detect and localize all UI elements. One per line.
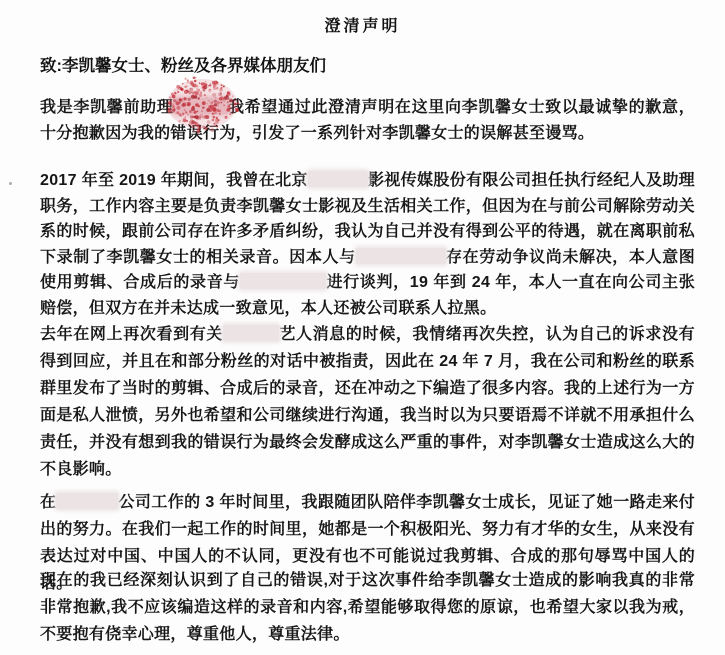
text-segment: 现在的我已经深刻认识到了自己的错误,对于这次事件给李凯馨女士造成的影响我真的非常…	[40, 572, 695, 643]
document-page: 澄清声明 致:李凯馨女士、粉丝及各界媒体朋友们 我是李凯馨前助理我希望通过此澄清…	[0, 0, 725, 655]
text-segment: 去年在网上再次看到有关	[40, 326, 223, 343]
text-segment: 艺人消息的时候，我情绪再次失控，认为自己的诉求没有得到回应，并且在和部分粉丝的对…	[40, 326, 695, 478]
redaction-block	[223, 325, 279, 341]
paragraph-1: 我是李凯馨前助理我希望通过此澄清声明在这里向李凯馨女士致以最诚挚的歉意，十分抱歉…	[40, 95, 695, 147]
redaction-block	[56, 493, 118, 509]
redaction-block	[356, 248, 446, 264]
text-segment: 我是李凯馨前助理	[40, 99, 174, 116]
ink-speck	[9, 182, 12, 185]
paragraph-2: 2017 年至 2019 年期间，我曾在北京影视传媒股份有限公司担任执行经纪人及…	[40, 168, 695, 321]
text-segment: 在	[40, 494, 56, 511]
redaction-block	[240, 273, 326, 289]
redaction-block	[308, 171, 368, 187]
document-body: 我是李凯馨前助理我希望通过此澄清声明在这里向李凯馨女士致以最诚挚的歉意，十分抱歉…	[0, 0, 725, 655]
paragraph-3: 去年在网上再次看到有关艺人消息的时候，我情绪再次失控，认为自己的诉求没有得到回应…	[40, 321, 695, 483]
text-segment: 2017 年至 2019 年期间，我曾在北京	[40, 172, 308, 189]
redaction-block-stamped	[174, 98, 228, 114]
paragraph-5: 现在的我已经深刻认识到了自己的错误,对于这次事件给李凯馨女士造成的影响我真的非常…	[40, 567, 695, 648]
